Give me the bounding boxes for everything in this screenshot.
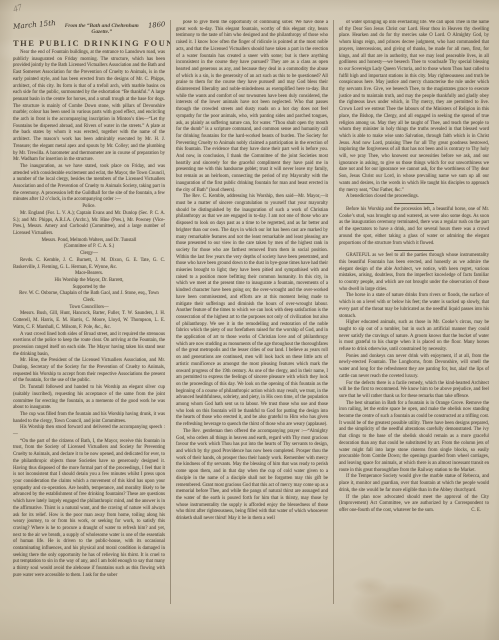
paragraph: A vast crowd lined both sides of Broad s… xyxy=(13,332,165,359)
dateline: March 15th From the “Bath and Cheltenham… xyxy=(13,20,165,35)
paragraph: His Worship then stood forward and deliv… xyxy=(13,425,165,438)
paragraph: Mr. Hine, the President of the Licensed … xyxy=(13,358,165,385)
paragraph: Messrs. Bush, Gill, Hunt, Hancock, Barte… xyxy=(13,311,165,331)
handwritten-year: 1860 xyxy=(147,20,165,29)
section-divider xyxy=(394,203,434,204)
paragraph: Before his Worship and the procession le… xyxy=(339,207,489,247)
column-3: of water springing up into everlasting l… xyxy=(334,20,494,604)
paragraph: The Rev. C. Kemble, addressing his Worsh… xyxy=(176,194,328,429)
paragraph: Rev. W. C. Osborne, Chaplain of the Bath… xyxy=(13,291,165,304)
paragraph: The best situation in Bath for a fountai… xyxy=(339,401,489,475)
paragraph: pose to give them the opportunity of con… xyxy=(176,20,328,194)
paragraph: The horse in a state of nature drinks fr… xyxy=(339,293,489,320)
list-heading-police: Police. xyxy=(13,204,165,211)
paragraph: The inauguration, as we have stated, too… xyxy=(13,164,165,204)
paragraph: of water springing up into everlasting l… xyxy=(339,20,489,194)
paragraph: The Rev. gentleman then offered the acco… xyxy=(176,429,328,523)
column-2: pose to give them the opportunity of con… xyxy=(170,20,334,604)
source-attribution: From the “Bath and Cheltenham Gazette.” xyxy=(56,23,148,35)
handwritten-date: March 15th xyxy=(13,20,56,31)
section-divider xyxy=(394,250,434,251)
paragraph: GRATEFUL as we feel to all the parties t… xyxy=(339,253,489,293)
article-title: THE PUBLIC DRINKING FOUNTAIN xyxy=(13,38,165,48)
paragraph: Mr. England (For. L. V. A.); Captain Eva… xyxy=(13,211,165,238)
paragraph: Near the end of Fountain buildings, at t… xyxy=(13,50,165,164)
column-1: March 15th From the “Bath and Cheltenham… xyxy=(8,20,170,604)
paragraph: “On the part of the citizens of Bath, I,… xyxy=(13,439,165,580)
paragraph: If the Temperance Society would give the… xyxy=(339,474,489,494)
paragraph: For the defects there is a facile remedy… xyxy=(339,381,489,401)
list-heading-mace-bearers: Mace-Bearers. xyxy=(13,271,165,278)
paragraph: Dr. Tunstall followed and handed to his … xyxy=(13,385,165,412)
paragraph: A benediction closed the proceedings. xyxy=(339,194,489,201)
paragraph: Higher educated animals, such as those i… xyxy=(339,320,489,354)
paragraph: The cup was filled from the fountain and… xyxy=(13,412,165,425)
paragraph: His Worship the Mayor, Dr. Barrett, xyxy=(13,278,165,285)
paragraph: Revds. C. Kemble, J. C. Burnett, J. M. D… xyxy=(13,258,165,271)
list-heading-clergy: Clergy— xyxy=(13,251,165,258)
paragraph: Ponies and donkeys can never drink with … xyxy=(339,354,489,381)
newspaper-article: March 15th From the “Bath and Cheltenham… xyxy=(8,20,494,604)
